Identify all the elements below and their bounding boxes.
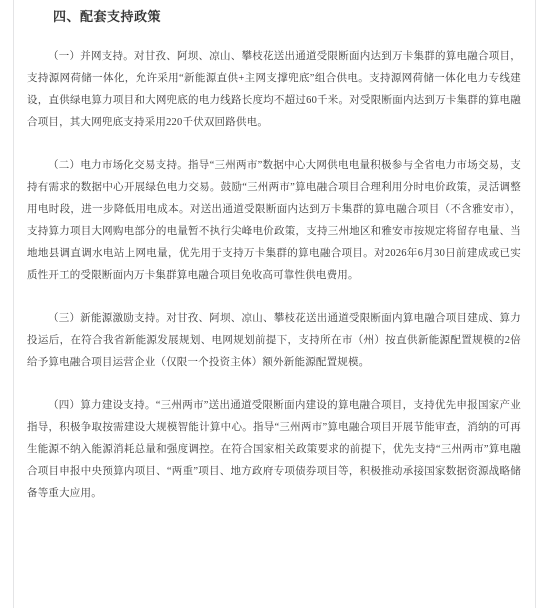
policy-paragraph-new-energy-incentive: （三）新能源激励支持。对甘孜、阿坝、凉山、攀枝花送出通道受限断面内算电融合项目建…: [27, 308, 521, 374]
policy-paragraph-computing-construction: （四）算力建设支持。“三州两市”送出通道受限断面内建设的算电融合项目，支持优先申…: [27, 395, 521, 496]
policy-paragraph-market-trading: （二）电力市场化交易支持。指导“三州两市”数据中心大网供电电量积极参与全省电力市…: [27, 155, 521, 287]
policy-paragraph-grid-connection: （一）并网支持。对甘孜、阿坝、凉山、攀枝花送出通道受限断面内达到万卡集群的算电融…: [27, 46, 521, 134]
document-page: 四、配套支持政策 （一）并网支持。对甘孜、阿坝、凉山、攀枝花送出通道受限断面内达…: [13, 0, 536, 496]
section-heading: 四、配套支持政策: [27, 8, 521, 25]
paragraph-list: （一）并网支持。对甘孜、阿坝、凉山、攀枝花送出通道受限断面内达到万卡集群的算电融…: [27, 46, 521, 496]
